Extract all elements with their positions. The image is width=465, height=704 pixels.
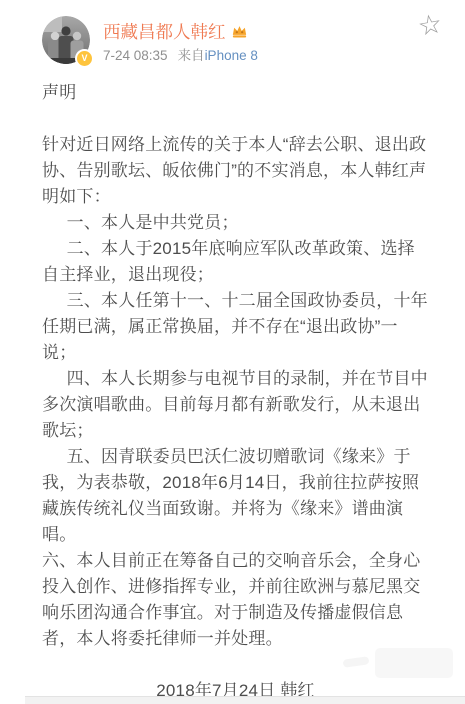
section-divider	[25, 696, 465, 704]
username[interactable]: 西藏昌都人韩红	[103, 19, 226, 44]
post-paragraph: 六、本人目前正在筹备自己的交响音乐会，全身心投入创作、进修指挥专业，并前往欧洲与…	[42, 548, 429, 652]
post-paragraph: 三、本人任第十一、十二届全国政协委员，十年任期已满，属正常换届，并不存在“退出政…	[42, 288, 429, 366]
verified-badge: V	[77, 51, 92, 66]
post-paragraph: 针对近日网络上流传的关于本人“辞去公职、退出政协、告别歌坛、皈依佛门”的不实消息…	[42, 132, 429, 210]
avatar[interactable]: V	[42, 16, 90, 64]
source-prefix: 来自	[178, 48, 205, 63]
timestamp: 7-24 08:35	[103, 48, 168, 63]
name-row: 西藏昌都人韩红	[103, 19, 248, 44]
post-paragraph: 五、因青联委员巴沃仁波切赠歌词《缘来》于我，为表恭敬，2018年6月14日，我前…	[42, 444, 429, 548]
post-paragraph: 四、本人长期参与电视节目的录制，并在节目中多次演唱歌曲。目前每月都有新歌发行，从…	[42, 366, 429, 444]
post-content: 声明 针对近日网络上流传的关于本人“辞去公职、退出政协、告别歌坛、皈依佛门”的不…	[0, 80, 465, 704]
post-paragraph: 一、本人是中共党员；	[42, 210, 429, 236]
post-header: V 西藏昌都人韩红 7-24 08:35来自iPhone 8 ☆	[0, 0, 465, 76]
watermark	[375, 648, 453, 678]
post-title: 声明	[42, 80, 429, 106]
favorite-star-icon[interactable]: ☆	[416, 10, 445, 41]
post-paragraph: 二、本人于2015年底响应军队改革政策、选择自主择业，退出现役；	[42, 236, 429, 288]
post-meta: 7-24 08:35来自iPhone 8	[103, 44, 258, 64]
source-link[interactable]: iPhone 8	[205, 48, 258, 63]
vip-crown-icon	[231, 24, 248, 39]
weibo-post-card: V 西藏昌都人韩红 7-24 08:35来自iPhone 8 ☆ 声明 针对近日…	[0, 0, 465, 704]
